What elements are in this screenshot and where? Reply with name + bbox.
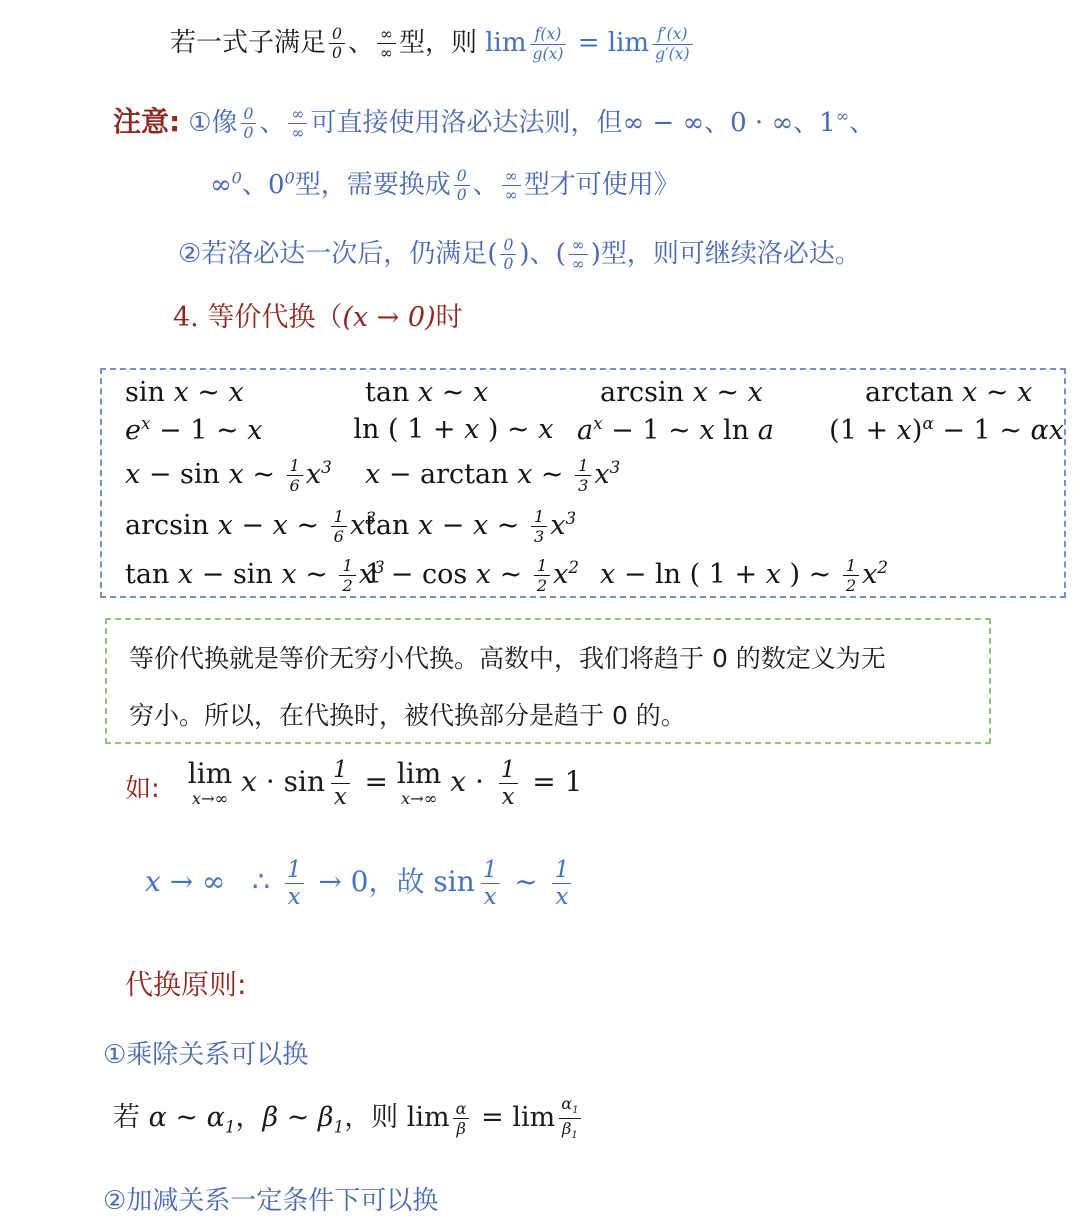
table-row: tan x − sin x ~ 12x3 1 − cos x ~ 12x2 x …: [125, 551, 1064, 599]
equiv-cell: ln ( 1 + x ) ~ x: [353, 414, 577, 445]
definition-note-line-1: 等价代换就是等价无穷小代换。高数中，我们将趋于 0 的数定义为无: [129, 630, 989, 687]
note-line-1-text: ①像00、∞∞可直接使用洛必达法则，但∞ − ∞、0 · ∞、1∞、: [188, 108, 875, 138]
example-formula: limx→∞ x · sin1x = limx→∞ x · 1x = 1: [188, 765, 583, 798]
definition-note-box: 等价代换就是等价无穷小代换。高数中，我们将趋于 0 的数定义为无 穷小。所以，在…: [105, 618, 991, 744]
equiv-cell: sin x ~ x: [125, 377, 365, 408]
equiv-cell: arcsin x − x ~ 16x3: [125, 508, 365, 545]
lhopital-formula: limf(x)g(x) = limf′(x)g′(x): [485, 28, 695, 58]
principle-1-text: ①乘除关系可以换: [103, 1040, 308, 1070]
equiv-cell: x − ln ( 1 + x ) ~ 12x2: [600, 557, 888, 594]
equiv-cell: ax − 1 ~ x ln a: [577, 413, 829, 446]
section-heading-equivalent-substitution: 4. 等价代换（(x → 0)时: [173, 295, 463, 334]
note-line-3: ②若洛必达一次后，仍满足(00)、(∞∞)型，则可继续洛必达。: [178, 233, 861, 272]
principle-1-formula-line: 若 α ~ α1，β ~ β1，则 limαβ = limα1β1: [113, 1095, 585, 1142]
principle-1: ①乘除关系可以换: [103, 1034, 308, 1071]
equiv-cell: x − arctan x ~ 13x3: [365, 457, 620, 494]
note-line-2: ∞0、00型，需要换成00、∞∞型才可使用》: [210, 164, 680, 203]
note-label: 注意:: [113, 105, 180, 138]
table-row: sin x ~ x tan x ~ x arcsin x ~ x arctan …: [125, 376, 1064, 409]
principle-1-formula: 若 α ~ α1，β ~ β1，则 limαβ = limα1β1: [113, 1102, 585, 1133]
equiv-cell: ex − 1 ~ x: [125, 413, 353, 446]
note-line-1: 注意:①像00、∞∞可直接使用洛必达法则，但∞ − ∞、0 · ∞、1∞、: [113, 100, 875, 141]
note-line-2-text: ∞0、00型，需要换成00、∞∞型才可使用》: [210, 170, 680, 200]
equiv-cell: arcsin x ~ x: [600, 377, 865, 408]
equiv-cell: x − sin x ~ 16x3: [125, 457, 365, 494]
equiv-cell: tan x − x ~ 13x3: [365, 508, 576, 545]
example-label: 如:: [125, 774, 160, 804]
therefore-formula: x → ∞ ∴ 1x → 0，故 sin1x ~ 1x: [145, 865, 577, 898]
rule-condition-text: 若一式子满足00、∞∞型，则: [170, 28, 485, 58]
principles-heading: 代换原则:: [125, 963, 246, 1003]
principles-heading-text: 代换原则:: [125, 968, 246, 1001]
therefore-line: x → ∞ ∴ 1x → 0，故 sin1x ~ 1x: [145, 858, 577, 909]
equiv-cell: arctan x ~ x: [865, 377, 1032, 408]
definition-note-line-2: 穷小。所以，在代换时，被代换部分是趋于 0 的。: [129, 687, 989, 744]
table-row: x − sin x ~ 16x3 x − arctan x ~ 13x3: [125, 450, 1064, 501]
section-heading-text: 4. 等价代换（(x → 0)时: [173, 302, 463, 333]
equiv-cell: tan x − sin x ~ 12x3: [125, 557, 365, 594]
example-line: 如:limx→∞ x · sin1x = limx→∞ x · 1x = 1: [125, 758, 582, 809]
principle-2-text: ②加减关系一定条件下可以换: [103, 1186, 438, 1216]
equiv-cell: 1 − cos x ~ 12x2: [365, 557, 600, 594]
principle-2: ②加减关系一定条件下可以换: [103, 1180, 438, 1217]
equiv-cell: (1 + x)α − 1 ~ αx: [829, 413, 1064, 446]
equivalence-table-box: sin x ~ x tan x ~ x arcsin x ~ x arctan …: [100, 368, 1066, 598]
table-row: ex − 1 ~ x ln ( 1 + x ) ~ x ax − 1 ~ x l…: [125, 409, 1064, 450]
table-row: arcsin x − x ~ 16x3 tan x − x ~ 13x3: [125, 501, 1064, 551]
note-line-3-text: ②若洛必达一次后，仍满足(00)、(∞∞)型，则可继续洛必达。: [178, 239, 861, 269]
equiv-cell: tan x ~ x: [365, 377, 600, 408]
math-notes-page: 若一式子满足00、∞∞型，则 limf(x)g(x) = limf′(x)g′(…: [0, 0, 1080, 1224]
lhopital-rule-line: 若一式子满足00、∞∞型，则 limf(x)g(x) = limf′(x)g′(…: [170, 22, 696, 62]
